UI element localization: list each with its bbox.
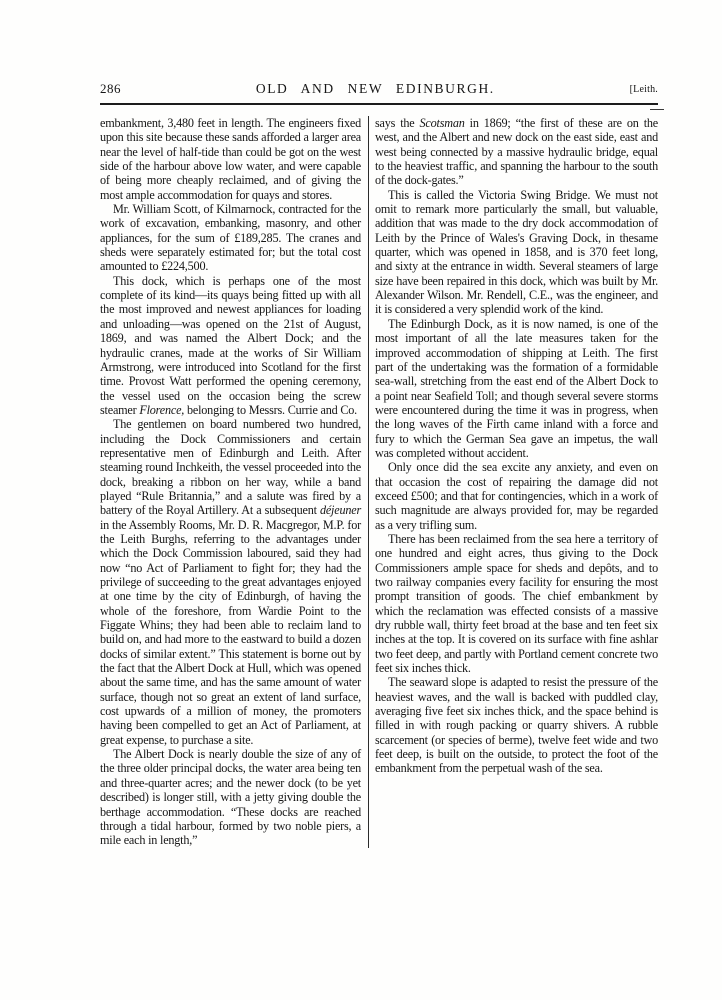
paragraph-text: The gentlemen on board numbered two hund… — [100, 417, 361, 517]
paragraph: This dock, which is perhaps one of the m… — [100, 274, 361, 417]
book-page: 286 OLD AND NEW EDINBURGH. [Leith. emban… — [0, 0, 722, 1000]
ship-name-florence: Florence, — [139, 403, 184, 417]
paragraph: The Albert Dock is nearly double the siz… — [100, 747, 361, 847]
paragraph: There has been reclaimed from the sea he… — [375, 532, 658, 675]
paragraph: This is called the Victoria Swing Bridge… — [375, 188, 658, 317]
paragraph: Mr. William Scott, of Kilmarnock, contra… — [100, 202, 361, 274]
paragraph: says the Scotsman in 1869; “the first of… — [375, 116, 658, 188]
text-columns: embankment, 3,480 feet in length. The en… — [100, 116, 658, 848]
paragraph-text: says the — [375, 116, 420, 130]
paragraph: The seaward slope is adapted to resist t… — [375, 675, 658, 775]
left-column: embankment, 3,480 feet in length. The en… — [100, 116, 361, 848]
header-rule-dash — [650, 109, 664, 110]
paragraph: The gentlemen on board numbered two hund… — [100, 417, 361, 747]
paragraph-text: Only once did the sea excite any anxiety… — [375, 460, 658, 531]
paragraph-text: The seaward slope is adapted to resist t… — [375, 675, 658, 775]
paragraph-text: The Edinburgh Dock, as it is now named, … — [375, 317, 658, 460]
paragraph-text: embankment, 3,480 feet in length. The en… — [100, 116, 361, 202]
newspaper-name-scotsman: Scotsman — [420, 116, 465, 130]
paragraph: Only once did the sea excite any anxiety… — [375, 460, 658, 532]
column-divider — [368, 116, 369, 848]
paragraph-text: This dock, which is perhaps one of the m… — [100, 274, 361, 417]
page-number: 286 — [100, 81, 121, 97]
paragraph-text: The Albert Dock is nearly double the siz… — [100, 747, 361, 847]
page-title: OLD AND NEW EDINBURGH. — [256, 81, 495, 97]
right-column: says the Scotsman in 1869; “the first of… — [375, 116, 658, 848]
paragraph-text: belonging to Messrs. Currie and Co. — [184, 403, 357, 417]
paragraph-text: There has been reclaimed from the sea he… — [375, 532, 658, 675]
paragraph-text: Mr. William Scott, of Kilmarnock, contra… — [100, 202, 361, 273]
french-term-dejeuner: déjeuner — [320, 503, 361, 517]
header-rule — [100, 103, 658, 105]
paragraph: embankment, 3,480 feet in length. The en… — [100, 116, 361, 202]
paragraph: The Edinburgh Dock, as it is now named, … — [375, 317, 658, 460]
paragraph-text: This is called the Victoria Swing Bridge… — [375, 188, 658, 317]
paragraph-text: in the Assembly Rooms, Mr. D. R. Macgreg… — [100, 518, 361, 747]
page-header: 286 OLD AND NEW EDINBURGH. [Leith. — [100, 81, 658, 97]
running-head: [Leith. — [630, 84, 658, 95]
